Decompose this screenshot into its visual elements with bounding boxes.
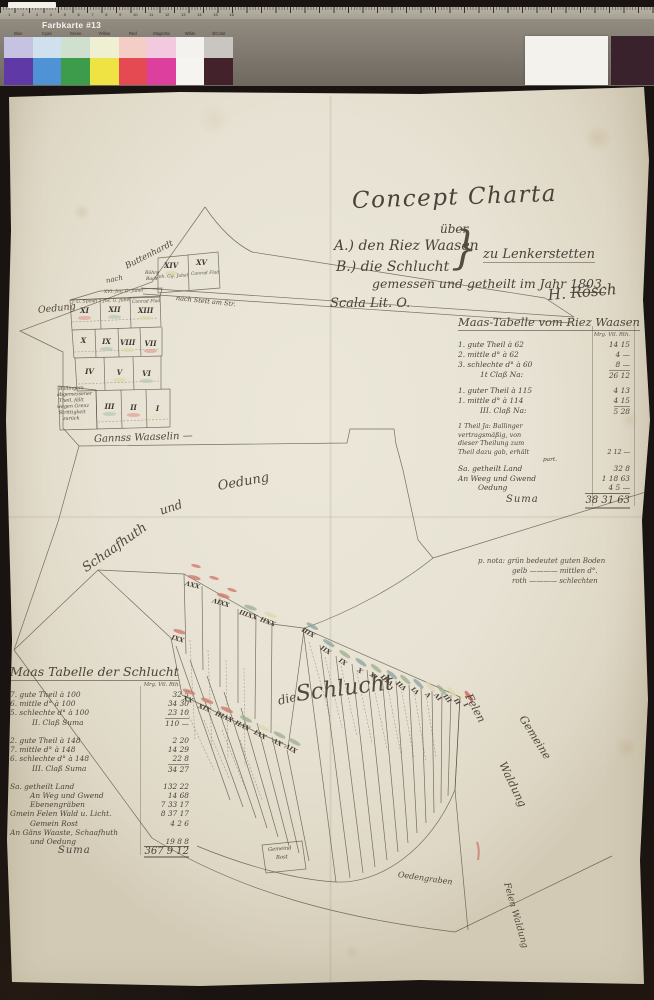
pastel-patch-row	[4, 37, 233, 58]
color-card-column-labels: BlueCyanGreenYellowRedMagentaWhite3/Colo…	[4, 31, 233, 36]
color-patch-saturated	[90, 58, 119, 85]
color-patch-saturated	[119, 58, 148, 85]
ruler-number: 3	[36, 12, 38, 17]
ruler-number: 2	[22, 12, 24, 17]
saturated-patch-row	[4, 58, 233, 85]
color-patch-saturated	[4, 58, 33, 85]
scanned-archive-map-photo: 12345678910111213141516 Farbkarte #13 Bl…	[0, 0, 654, 1000]
ruler-number: 13	[181, 12, 185, 17]
color-patch-pastel	[176, 37, 205, 58]
paper-sheet: Concept Charta über A.) den Riez Waasen …	[0, 0, 654, 1000]
color-patch-pastel	[119, 37, 148, 58]
ruler-number: 10	[133, 12, 137, 17]
ruler-number: 9	[119, 12, 121, 17]
ruler-number: 7	[91, 12, 93, 17]
ruler-number: 12	[165, 12, 169, 17]
color-patch-pastel	[90, 37, 119, 58]
color-card-column-label: Magenta	[147, 31, 176, 36]
color-patch-pastel	[33, 37, 62, 58]
ruler-number: 15	[213, 12, 217, 17]
ruler-numbers: 12345678910111213141516	[8, 12, 234, 17]
color-card-column-label: Cyan	[33, 31, 62, 36]
color-patch-saturated	[147, 58, 176, 85]
color-patch-pastel	[147, 37, 176, 58]
color-patch-pastel	[61, 37, 90, 58]
ruler-number: 5	[64, 12, 66, 17]
color-patch-saturated	[204, 58, 233, 85]
white-reference-patch	[525, 36, 608, 85]
color-card-column-label: Red	[119, 31, 148, 36]
color-card-column-label: Yellow	[90, 31, 119, 36]
ruler-number: 14	[197, 12, 201, 17]
color-card-column-label: 3/Color	[204, 31, 233, 36]
color-patch-saturated	[33, 58, 62, 85]
ruler-number: 6	[77, 12, 79, 17]
paper-edge-shading	[0, 0, 654, 1000]
color-card-title: Farbkarte #13	[42, 20, 101, 30]
ruler-number: 8	[105, 12, 107, 17]
ruler-number: 1	[8, 12, 10, 17]
color-card-column-label: White	[176, 31, 205, 36]
ruler-unit-tag	[8, 2, 56, 8]
color-card-column-label: Green	[61, 31, 90, 36]
ruler-number: 16	[229, 12, 233, 17]
color-patch-saturated	[61, 58, 90, 85]
ruler-number: 11	[149, 12, 153, 17]
color-card-column-label: Blue	[4, 31, 33, 36]
color-calibration-card: Farbkarte #13 BlueCyanGreenYellowRedMage…	[0, 19, 654, 86]
color-patch-saturated	[176, 58, 205, 85]
color-patch-pastel	[4, 37, 33, 58]
dark-reference-patch	[611, 36, 654, 85]
ruler-bar: 12345678910111213141516	[0, 7, 654, 19]
ruler-number: 4	[50, 12, 52, 17]
color-patch-pastel	[204, 37, 233, 58]
